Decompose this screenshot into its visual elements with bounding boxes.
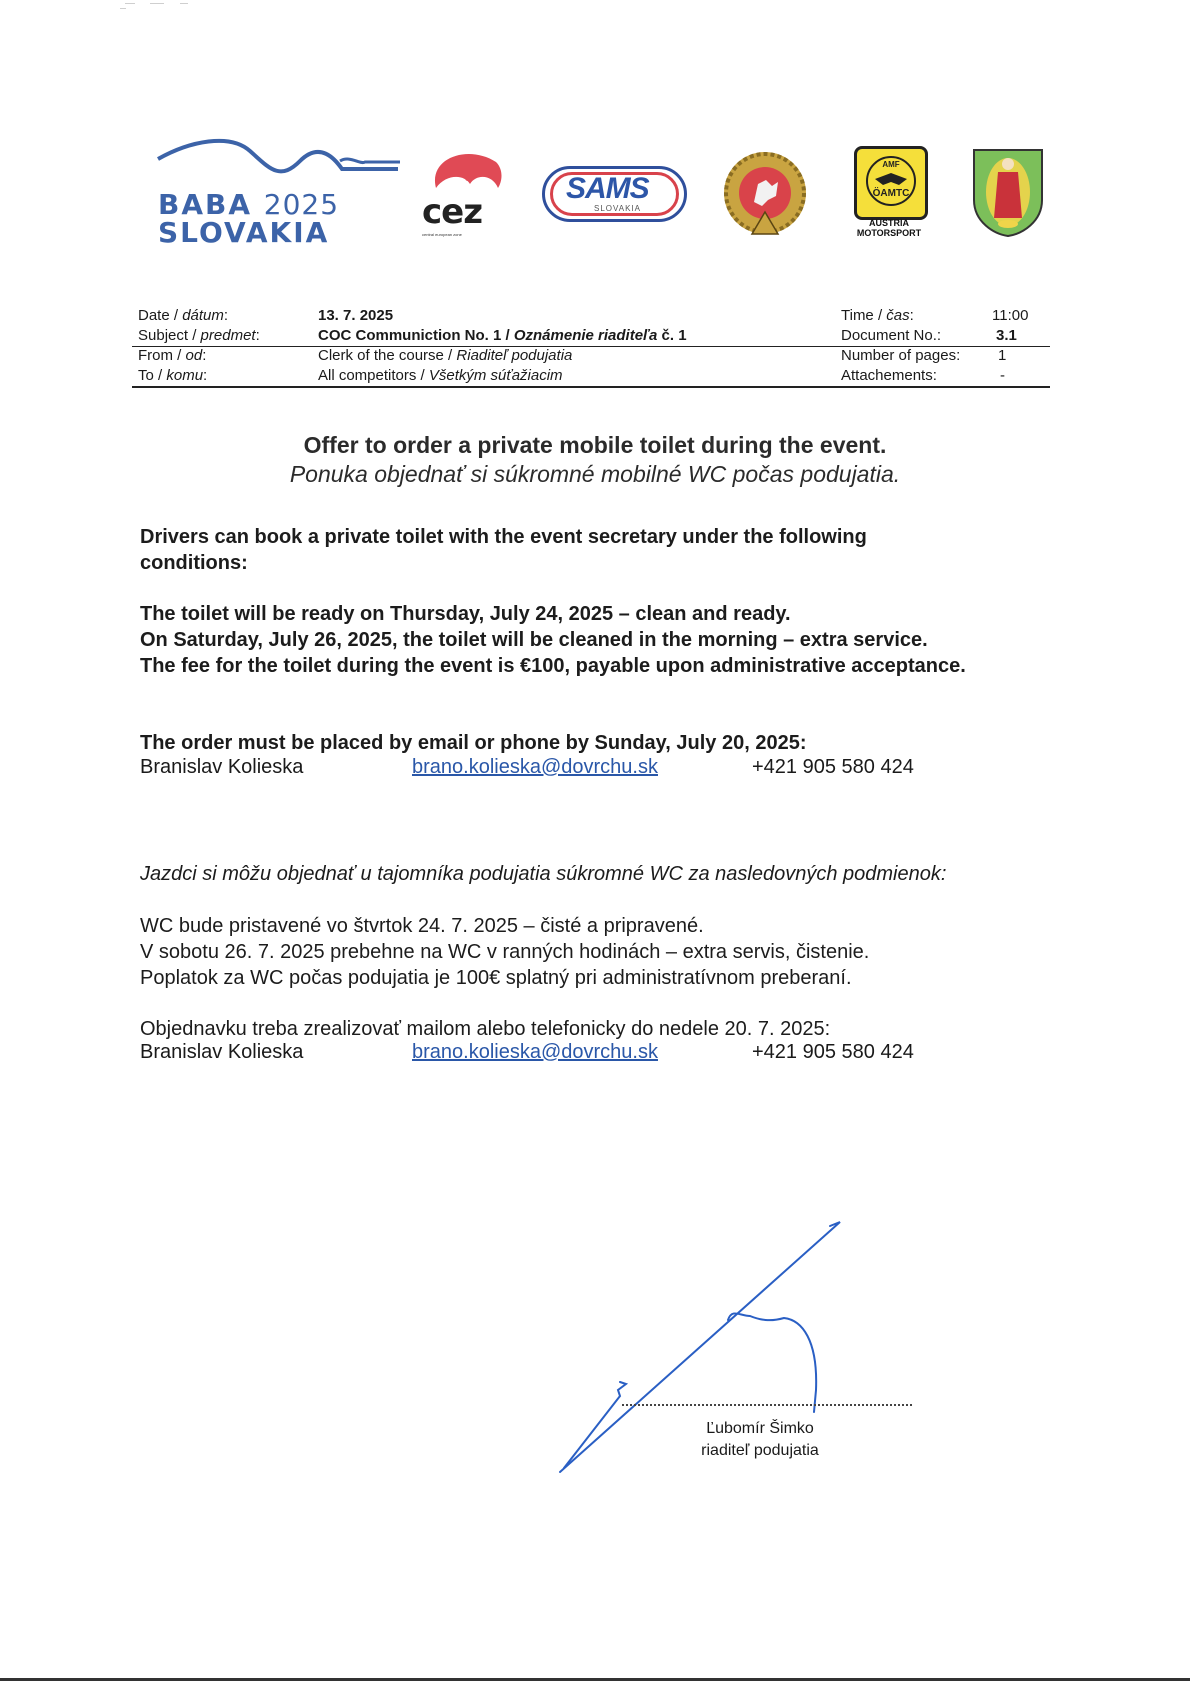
header-row-date: Date / dátum: 13. 7. 2025 Time / čas: 11… [132,306,1050,326]
contact-email-link[interactable]: brano.kolieska@dovrchu.sk [412,1041,658,1064]
coat-of-arms-icon [972,148,1044,238]
slovak-conditions: WC bude pristavené vo štvrtok 24. 7. 202… [140,913,1040,991]
eagle-icon: AMF ÖAMTC [857,149,925,217]
english-conditions: The toilet will be ready on Thursday, Ju… [140,601,1040,679]
baba-logo-text: BABA 2025 SLOVAKIA [158,191,339,247]
condition-fee: The fee for the toilet during the event … [140,653,970,679]
title-english: Offer to order a private mobile toilet d… [0,432,1190,459]
attachments-value: - [1000,366,1005,386]
autoklub-cr-logo [722,150,808,236]
pages-value: 1 [998,346,1006,366]
subject-value: COC Communiction No. 1 / Oznámenie riadi… [318,326,687,346]
signer-name: Ľubomír Šimko [640,1418,880,1440]
amf-badge: AMF ÖAMTC [854,146,928,220]
cez-logo: cez central european zone [418,148,518,238]
header-row-to: To / komu: All competitors / Všetkým súť… [132,366,1050,386]
steering-wheel-icon [418,148,518,198]
slovak-order-deadline: Objednavku treba zrealizovať mailom aleb… [140,1016,1040,1042]
attachments-label: Attachements: [841,366,937,386]
austria-motorsport-label: AUSTRIAMOTORSPORT [852,218,926,238]
english-intro: Drivers can book a private toilet with t… [140,524,970,576]
time-label: Time / čas: [841,306,914,326]
from-label: From / od: [138,346,206,366]
to-value: All competitors / Všetkým súťažiacim [318,366,563,386]
header-row-subject: Subject / predmet: COC Communiction No. … [132,326,1050,346]
gear-badge-icon [722,150,808,236]
signature-line [622,1404,912,1406]
slovak-condition-cleaning: V sobotu 26. 7. 2025 prebehne na WC v ra… [140,939,1040,965]
sams-wordmark: SAMS [566,172,649,206]
cez-subtitle: central european zone [422,232,462,237]
oamtc-amf-logo: AMF ÖAMTC AUSTRIAMOTORSPORT [852,146,926,242]
communication-header: Date / dátum: 13. 7. 2025 Time / čas: 11… [132,306,1050,386]
scan-bottom-edge [0,1678,1190,1681]
cez-wordmark: cez [422,192,482,232]
condition-ready: The toilet will be ready on Thursday, Ju… [140,601,1040,627]
slovak-condition-fee: Poplatok za WC počas podujatia je 100€ s… [140,965,1040,991]
condition-cleaning: On Saturday, July 26, 2025, the toilet w… [140,627,1040,653]
document-no-value: 3.1 [996,326,1017,346]
contact-row-english: Branislav Kolieska brano.kolieska@dovrch… [140,756,1040,782]
signer-role: riaditeľ podujatia [640,1440,880,1462]
svg-text:AMF: AMF [882,160,899,169]
pages-label: Number of pages: [841,346,960,366]
contact-name: Branislav Kolieska [140,756,303,779]
time-value: 11:00 [992,306,1028,326]
sams-slovakia-logo: SAMS SLOVAKIA [542,166,687,222]
slovak-condition-ready: WC bude pristavené vo štvrtok 24. 7. 202… [140,913,1040,939]
from-value: Clerk of the course / Riaditeľ podujatia [318,346,572,366]
header-row-from: From / od: Clerk of the course / Riadite… [132,346,1050,366]
to-label: To / komu: [138,366,207,386]
contact-row-slovak: Branislav Kolieska brano.kolieska@dovrch… [140,1041,1040,1067]
scan-artifact [120,2,240,14]
contact-phone: +421 905 580 424 [752,756,914,779]
header-bottom-rule [132,386,1050,388]
baba-2025-logo: BABA 2025 SLOVAKIA [150,135,410,255]
date-label: Date / dátum: [138,306,228,326]
municipal-crest-logo [972,148,1044,238]
contact-email-link[interactable]: brano.kolieska@dovrchu.sk [412,756,658,779]
contact-phone: +421 905 580 424 [752,1041,914,1064]
title-slovak: Ponuka objednať si súkromné mobilné WC p… [0,461,1190,488]
english-order-deadline: The order must be placed by email or pho… [140,730,1040,756]
document-no-label: Document No.: [841,326,941,346]
contact-name: Branislav Kolieska [140,1041,303,1064]
subject-label: Subject / predmet: [138,326,260,346]
date-value: 13. 7. 2025 [318,306,393,326]
slovak-intro: Jazdci si môžu objednať u tajomníka podu… [140,861,1100,887]
sams-subtitle: SLOVAKIA [594,204,641,213]
road-curve-icon [150,135,410,195]
svg-text:ÖAMTC: ÖAMTC [873,186,910,199]
